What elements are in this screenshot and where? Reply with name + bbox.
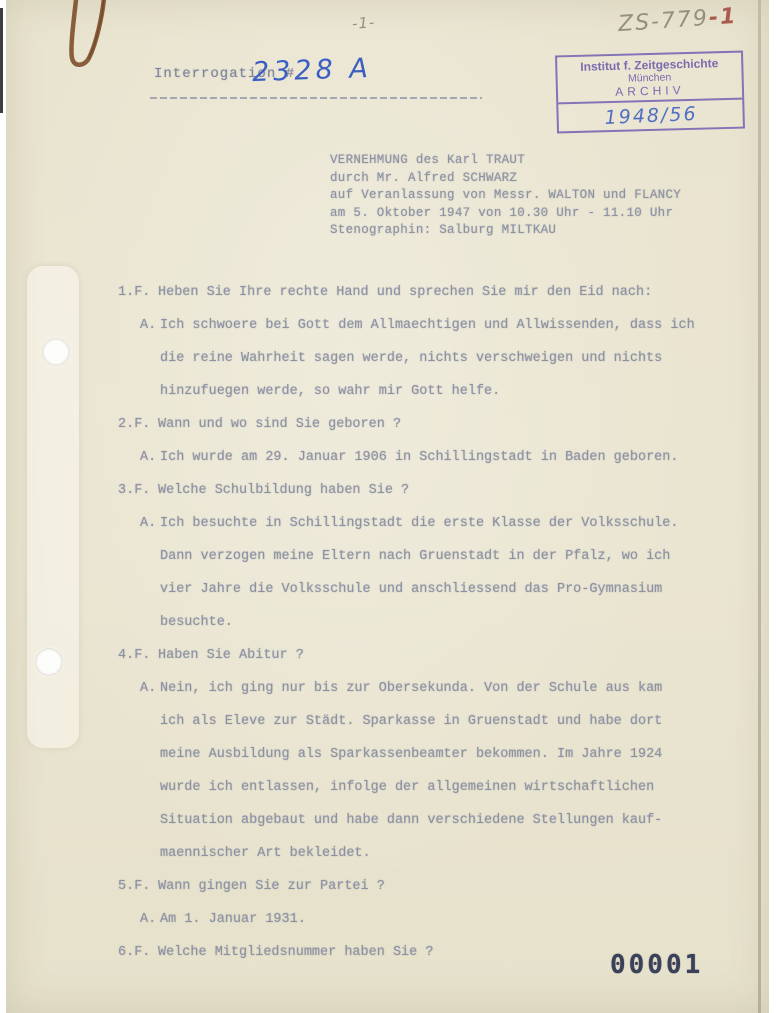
qa-label: 1.F. bbox=[118, 276, 158, 309]
qa-label: A. bbox=[140, 441, 160, 474]
qa-line: Wann gingen Sie zur Partei ? bbox=[158, 870, 693, 903]
qa-line: hinzufuegen werde, so wahr mir Gott helf… bbox=[160, 375, 695, 408]
interrogation-number-handwritten: 2328 A bbox=[251, 53, 372, 88]
page-number-stamp: 00001 bbox=[610, 950, 703, 980]
qa-row: 2.F.Wann und wo sind Sie geboren ? bbox=[118, 408, 693, 441]
qa-row: A.Ich schwoere bei Gott dem Allmaechtige… bbox=[118, 309, 693, 408]
qa-label: 6.F. bbox=[118, 936, 158, 969]
qa-transcript: 1.F.Heben Sie Ihre rechte Hand und sprec… bbox=[118, 276, 693, 969]
qa-text: Welche Schulbildung haben Sie ? bbox=[158, 474, 693, 507]
qa-text: Wann gingen Sie zur Partei ? bbox=[158, 870, 693, 903]
punch-hole-bottom bbox=[35, 648, 63, 676]
typed-underline bbox=[150, 97, 482, 99]
qa-line: Ich wurde am 29. Januar 1906 in Schillin… bbox=[160, 441, 693, 474]
title-line-authority: auf Veranlassung von Messr. WALTON und F… bbox=[330, 187, 681, 205]
qa-label: 3.F. bbox=[118, 474, 158, 507]
qa-line: Haben Sie Abitur ? bbox=[158, 639, 693, 672]
qa-text: Ich besuchte in Schillingstadt die erste… bbox=[160, 507, 693, 639]
qa-line: ich als Eleve zur Städt. Sparkasse in Gr… bbox=[160, 705, 693, 738]
qa-line: meine Ausbildung als Sparkassenbeamter b… bbox=[160, 738, 693, 771]
qa-label: A. bbox=[140, 309, 160, 342]
title-line-datetime: am 5. Oktober 1947 von 10.30 Uhr - 11.10… bbox=[330, 205, 681, 223]
qa-line: wurde ich entlassen, infolge der allgeme… bbox=[160, 771, 693, 804]
qa-line: Welche Schulbildung haben Sie ? bbox=[158, 474, 693, 507]
qa-row: 5.F.Wann gingen Sie zur Partei ? bbox=[118, 870, 693, 903]
title-line-interrogator: durch Mr. Alfred SCHWARZ bbox=[330, 170, 681, 188]
qa-row: 4.F.Haben Sie Abitur ? bbox=[118, 639, 693, 672]
qa-text: Am 1. Januar 1931. bbox=[160, 903, 693, 936]
qa-label: 5.F. bbox=[118, 870, 158, 903]
qa-text: Heben Sie Ihre rechte Hand und sprechen … bbox=[158, 276, 693, 309]
qa-text: Haben Sie Abitur ? bbox=[158, 639, 693, 672]
qa-line: vier Jahre die Volksschule und anschlies… bbox=[160, 573, 693, 606]
qa-line: Situation abgebaut und habe dann verschi… bbox=[160, 804, 693, 837]
qa-row: A.Nein, ich ging nur bis zur Obersekunda… bbox=[118, 672, 693, 870]
qa-row: A.Ich besuchte in Schillingstadt die ers… bbox=[118, 507, 693, 639]
archive-ref-suffix: -1 bbox=[708, 4, 738, 31]
title-block: VERNEHMUNG des Karl TRAUT durch Mr. Alfr… bbox=[330, 152, 681, 240]
stamp-accession-number: 1948/56 bbox=[604, 102, 698, 128]
qa-line: Wann und wo sind Sie geboren ? bbox=[158, 408, 693, 441]
qa-row: A.Ich wurde am 29. Januar 1906 in Schill… bbox=[118, 441, 693, 474]
qa-text: Ich schwoere bei Gott dem Allmaechtigen … bbox=[160, 309, 695, 408]
qa-line: Nein, ich ging nur bis zur Obersekunda. … bbox=[160, 672, 693, 705]
qa-line: Heben Sie Ihre rechte Hand und sprechen … bbox=[158, 276, 693, 309]
punch-hole-top bbox=[42, 338, 70, 366]
archive-stamp-number-box: 1948/56 bbox=[558, 100, 743, 132]
qa-line: Dann verzogen meine Eltern nach Gruensta… bbox=[160, 540, 693, 573]
qa-row: 6.F.Welche Mitgliedsnummer haben Sie ? bbox=[118, 936, 693, 969]
archive-stamp: Institut f. Zeitgeschichte München ARCHI… bbox=[555, 51, 745, 134]
qa-label: A. bbox=[140, 507, 160, 540]
paperclip-icon bbox=[60, 0, 124, 84]
qa-text: Nein, ich ging nur bis zur Obersekunda. … bbox=[160, 672, 693, 870]
pencil-page-number: -1- bbox=[351, 13, 376, 33]
qa-row: 1.F.Heben Sie Ihre rechte Hand und sprec… bbox=[118, 276, 693, 309]
qa-line: Ich schwoere bei Gott dem Allmaechtigen … bbox=[160, 309, 695, 342]
qa-text: Ich wurde am 29. Januar 1906 in Schillin… bbox=[160, 441, 693, 474]
qa-line: maennischer Art bekleidet. bbox=[160, 837, 693, 870]
scan-edge-artifact bbox=[0, 8, 3, 113]
qa-label: A. bbox=[140, 903, 160, 936]
qa-text: Wann und wo sind Sie geboren ? bbox=[158, 408, 693, 441]
title-line-subject: VERNEHMUNG des Karl TRAUT bbox=[330, 152, 681, 170]
title-line-stenographer: Stenographin: Salburg MILTKAU bbox=[330, 222, 681, 240]
qa-line: Ich besuchte in Schillingstadt die erste… bbox=[160, 507, 693, 540]
qa-line: Am 1. Januar 1931. bbox=[160, 903, 693, 936]
qa-line: die reine Wahrheit sagen werde, nichts v… bbox=[160, 342, 695, 375]
qa-row: 3.F.Welche Schulbildung haben Sie ? bbox=[118, 474, 693, 507]
qa-label: 2.F. bbox=[118, 408, 158, 441]
archive-stamp-text: Institut f. Zeitgeschichte München ARCHI… bbox=[557, 53, 742, 105]
qa-line: besuchte. bbox=[160, 606, 693, 639]
paper-right-edge bbox=[758, 0, 761, 1013]
qa-row: A.Am 1. Januar 1931. bbox=[118, 903, 693, 936]
qa-label: A. bbox=[140, 672, 160, 705]
qa-label: 4.F. bbox=[118, 639, 158, 672]
